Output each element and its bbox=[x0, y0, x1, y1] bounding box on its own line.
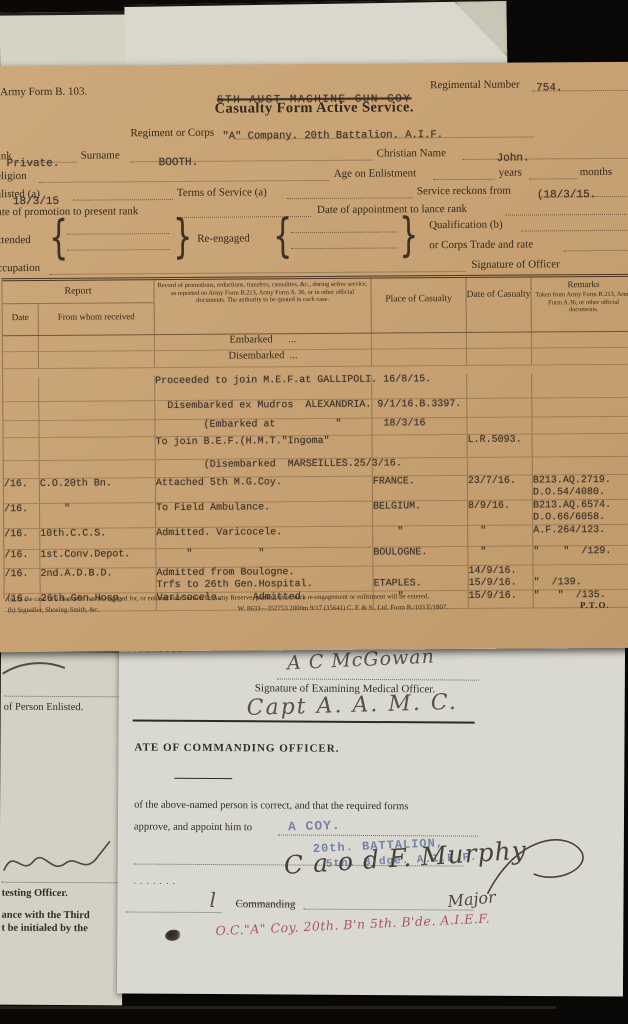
cell-r: (Embarked at " 18/3/16 bbox=[155, 419, 372, 437]
cell-f bbox=[39, 351, 155, 368]
attesting-signature-squiggle bbox=[0, 837, 120, 888]
cell-p bbox=[372, 418, 467, 435]
casualty-table-rows: Embarked ...Disembarked ...Proceeded to … bbox=[3, 332, 628, 612]
third-schedule-text: ance with the Third bbox=[2, 910, 90, 921]
cell-w bbox=[468, 457, 533, 474]
cell-m: A.F.264/123. bbox=[533, 525, 628, 546]
handwriting-stroke bbox=[1, 656, 71, 680]
cell-d bbox=[3, 402, 39, 420]
dotted-leader bbox=[17, 162, 77, 163]
cell-w: 23/7/16. bbox=[468, 475, 533, 499]
age-label: Age on Enlistment bbox=[334, 167, 417, 180]
ink-blot bbox=[165, 930, 180, 941]
cell-f: 2nd.A.D.B.D. bbox=[40, 568, 156, 593]
promotion-label: Date of promotion to present rank bbox=[0, 205, 138, 218]
brace-open: { bbox=[49, 211, 68, 265]
cell-w bbox=[467, 348, 532, 364]
qualification-label: Qualification (b) bbox=[429, 219, 503, 232]
cell-r: Attached 5th M.G.Coy. bbox=[156, 477, 373, 503]
dotted-leader bbox=[67, 249, 169, 251]
re-engaged-label: Re-engaged bbox=[197, 232, 250, 244]
dotted-fragment: . . . . . . . bbox=[134, 876, 176, 886]
attesting-officer-label: testing Officer. bbox=[2, 888, 68, 899]
dotted-leader bbox=[505, 214, 628, 216]
report-header-group: Report Date From whom received bbox=[2, 280, 154, 335]
section-rule bbox=[133, 720, 475, 724]
medical-officer-rank-script: Capt A. A. M. C. bbox=[246, 690, 458, 721]
date-of-casualty-header: Date of Casualty bbox=[466, 278, 531, 332]
cell-d bbox=[3, 421, 39, 437]
dotted-leader bbox=[5, 696, 119, 698]
dotted-leader bbox=[278, 834, 478, 836]
cell-f bbox=[39, 376, 155, 401]
cell-m: B213.AQ.6574. D.O.66/6058. bbox=[533, 500, 628, 525]
certificate-body-line1: of the above-named person is correct, an… bbox=[134, 800, 504, 813]
cell-w bbox=[467, 398, 532, 416]
cell-m: " " /129. bbox=[533, 546, 628, 565]
years-label: years bbox=[499, 167, 522, 179]
cell-f: C.O.20th Bn. bbox=[40, 478, 156, 503]
cell-r: " " bbox=[156, 548, 373, 568]
cell-w: L.R.5093. bbox=[468, 434, 533, 456]
dotted-leader bbox=[563, 250, 628, 251]
cell-p bbox=[372, 333, 467, 349]
dotted-leader bbox=[463, 158, 628, 160]
surname-value: BOOTH. bbox=[159, 157, 199, 169]
commanding-officer-page: . . . . . . . . . A C McGowan Signature … bbox=[117, 641, 625, 996]
cell-m bbox=[532, 398, 628, 417]
cell-f: " bbox=[40, 503, 156, 528]
cell-w bbox=[467, 332, 532, 347]
cell-d bbox=[4, 461, 40, 478]
terms-label: Terms of Service (a) bbox=[177, 186, 267, 199]
cell-f bbox=[39, 420, 155, 437]
cell-f: 10th.C.C.S. bbox=[40, 528, 156, 549]
cell-r: Embarked ... bbox=[155, 334, 372, 351]
cell-d: /16. bbox=[4, 529, 40, 549]
cell-m: " /139. bbox=[533, 565, 628, 590]
cell-p bbox=[373, 435, 468, 458]
cell-r: To join B.E.F.(H.M.T."Ingoma" bbox=[156, 436, 373, 460]
folded-page-corner bbox=[454, 1, 507, 58]
cell-f bbox=[40, 437, 156, 460]
cell-w bbox=[467, 417, 532, 433]
cell-f bbox=[40, 460, 156, 478]
months-label: months bbox=[580, 166, 612, 178]
cell-f bbox=[39, 401, 155, 420]
occupation-label: Occupation bbox=[0, 262, 40, 274]
cell-f: 1st.Conv.Depot. bbox=[40, 549, 156, 568]
casualty-table: Report Date From whom received Record of… bbox=[1, 274, 628, 599]
brace-close: } bbox=[399, 209, 418, 263]
report-header: Report bbox=[2, 280, 153, 304]
cell-w: 8/9/16. bbox=[468, 500, 533, 524]
cell-p: BOULOGNE. bbox=[373, 547, 468, 566]
regimental-number-label: Regimental Number bbox=[430, 79, 520, 92]
person-enlisted-label: of Person Enlisted. bbox=[4, 702, 84, 713]
cell-m bbox=[532, 417, 628, 434]
cell-p bbox=[372, 349, 467, 366]
typed-unit-overlay: 5TH AUST MACHINE GUN COY bbox=[134, 93, 494, 108]
cell-w: " bbox=[468, 525, 533, 545]
cell-d bbox=[3, 352, 39, 368]
cell-w: 14/9/16. 15/9/16. bbox=[468, 565, 533, 589]
footnote-b: (b) Signaller, Shoeing-Smith, &c. bbox=[8, 607, 100, 615]
cell-d bbox=[3, 336, 39, 351]
cell-d: /16. bbox=[4, 479, 40, 503]
initialed-text: t be initialed by the bbox=[1, 923, 87, 934]
dotted-leader bbox=[291, 247, 397, 249]
cell-f bbox=[39, 335, 155, 351]
cell-r: To Field Ambulance. bbox=[156, 502, 373, 528]
army-form-number: Army Form B. 103. bbox=[0, 86, 87, 99]
from-whom-header: From whom received bbox=[39, 303, 154, 335]
rank-value: Private. bbox=[7, 158, 60, 170]
cell-w: " bbox=[468, 546, 533, 564]
extended-label: Extended bbox=[0, 234, 31, 246]
cell-m bbox=[532, 348, 628, 365]
cell-d bbox=[4, 438, 40, 460]
date-header: Date bbox=[3, 304, 39, 335]
religion-label: Religion bbox=[0, 170, 27, 182]
christian-name-label: Christian Name bbox=[377, 147, 446, 159]
dotted-leader bbox=[433, 179, 495, 180]
dotted-leader bbox=[39, 180, 329, 183]
regiment-value: "A" Company. 20th Battalion. A.I.F. bbox=[222, 129, 443, 143]
table-header: Report Date From whom received Record of… bbox=[2, 277, 628, 336]
cell-r: Disembarked ex Mudros ALEXANDRIA. 9/1/16… bbox=[155, 400, 372, 420]
company-stamp: A COY. bbox=[288, 818, 341, 835]
commanding-officer-heading: ATE OF COMMANDING OFFICER. bbox=[134, 742, 339, 755]
remarks-header: Remarks bbox=[531, 277, 628, 290]
cell-p bbox=[373, 458, 468, 476]
dotted-leader bbox=[291, 231, 397, 233]
short-rule bbox=[174, 778, 232, 779]
cell-p: BELGIUM. bbox=[373, 501, 468, 526]
remarks-subheader: Taken from Army Form B.213, Army Form A.… bbox=[532, 289, 628, 316]
record-header: Record of promotions, reductions, transf… bbox=[154, 279, 371, 335]
cell-m bbox=[533, 457, 628, 475]
dotted-leader bbox=[287, 197, 413, 199]
casualty-form: Army Form B. 103. Regimental Number 754.… bbox=[0, 62, 628, 653]
signature-of-officer-label: Signature of Officer bbox=[471, 258, 559, 271]
cell-m bbox=[533, 434, 628, 457]
dotted-leader bbox=[521, 230, 628, 232]
dotted-leader bbox=[73, 199, 173, 201]
cell-d bbox=[3, 377, 39, 401]
cell-m bbox=[532, 373, 628, 398]
backing-page-top-left bbox=[0, 11, 132, 73]
regimental-number-value: 754. bbox=[536, 82, 562, 94]
cell-p: ETAPLES. bbox=[373, 566, 468, 591]
regiment-label: Regiment or Corps bbox=[130, 127, 214, 140]
dotted-leader bbox=[529, 178, 577, 179]
handwriting-stroke: l bbox=[209, 888, 216, 912]
certificate-body-line2: approve, and appoint him to bbox=[134, 822, 252, 834]
lance-rank-label: Date of appointment to lance rank bbox=[317, 203, 467, 216]
cell-p bbox=[372, 399, 467, 418]
cell-r: Admitted from Boulogne. Trfs to 26th Gen… bbox=[156, 567, 373, 593]
cell-p bbox=[372, 374, 467, 399]
cell-p: " bbox=[373, 526, 468, 547]
cell-d: /16. bbox=[4, 504, 40, 528]
dotted-leader bbox=[49, 271, 465, 275]
surname-label: Surname bbox=[81, 149, 120, 161]
bottom-sheet-edge bbox=[0, 1006, 556, 1009]
cell-d: /16. bbox=[4, 569, 40, 593]
brace-open: { bbox=[273, 210, 292, 264]
cell-d: /16. bbox=[4, 550, 40, 568]
dotted-leader bbox=[277, 678, 479, 680]
cell-w bbox=[467, 373, 532, 397]
reckons-label: Service reckons from bbox=[417, 185, 511, 198]
dotted-leader bbox=[125, 912, 221, 914]
cell-r: Proceeded to join M.E.F.at GALLIPOLI. 16… bbox=[155, 375, 372, 401]
cell-r: Admitted. Varicocele. bbox=[156, 527, 373, 549]
left-page-fragment: of Person Enlisted. testing Officer. anc… bbox=[0, 652, 124, 1006]
cell-m: B213.AQ.2719. D.O.54/4080. bbox=[533, 475, 628, 500]
cell-p: FRANCE. bbox=[373, 476, 468, 501]
corps-trade-label: or Corps Trade and rate bbox=[429, 238, 533, 251]
printer-imprint: W. 8633—352753 2000m 9/17 (35641) C. F. … bbox=[238, 604, 448, 612]
commanding-label: Commanding bbox=[235, 898, 295, 910]
cell-m bbox=[532, 332, 628, 348]
dotted-leader bbox=[67, 233, 169, 235]
cell-r: (Disembarked MARSEILLES.25/3/16. bbox=[156, 459, 373, 478]
table-row: Proceeded to join M.E.F.at GALLIPOLI. 16… bbox=[3, 365, 628, 402]
brace-close: } bbox=[173, 210, 192, 264]
pto-label: P.T.O. bbox=[580, 600, 610, 610]
place-of-casualty-header: Place of Casualty bbox=[371, 278, 466, 333]
remarks-header-group: Remarks Taken from Army Form B.213, Army… bbox=[531, 277, 628, 332]
cell-r: Disembarked ... bbox=[155, 350, 372, 368]
red-ink-note: O.C."A" Coy. 20th. B'n 5th. B'de. A.I.E.… bbox=[215, 911, 490, 939]
